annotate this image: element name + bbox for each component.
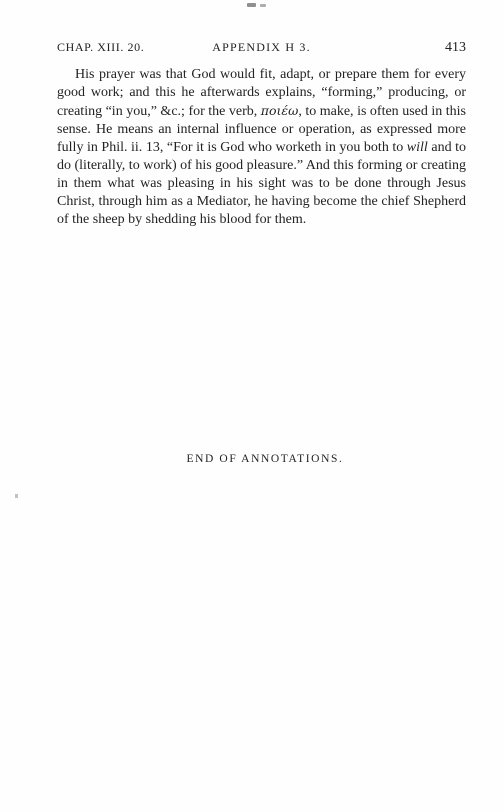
scan-artifact-top-icon — [247, 3, 256, 7]
book-page: CHAP. XIII. 20. APPENDIX H 3. 413 His pr… — [0, 0, 503, 812]
page-header: CHAP. XIII. 20. APPENDIX H 3. 413 — [57, 40, 466, 56]
chapter-heading: CHAP. XIII. 20. — [57, 40, 212, 55]
annotation-paragraph: His prayer was that God would fit, adapt… — [57, 66, 466, 229]
italic-word-will: will — [407, 140, 428, 155]
end-of-annotations-label: END OF ANNOTATIONS. — [57, 453, 473, 465]
scan-artifact-dot-icon — [15, 494, 18, 498]
greek-word-poieo: ποιέω — [261, 103, 299, 118]
appendix-heading: APPENDIX H 3. — [212, 40, 311, 55]
page-number: 413 — [311, 40, 466, 56]
scan-artifact-top-icon — [260, 4, 266, 7]
